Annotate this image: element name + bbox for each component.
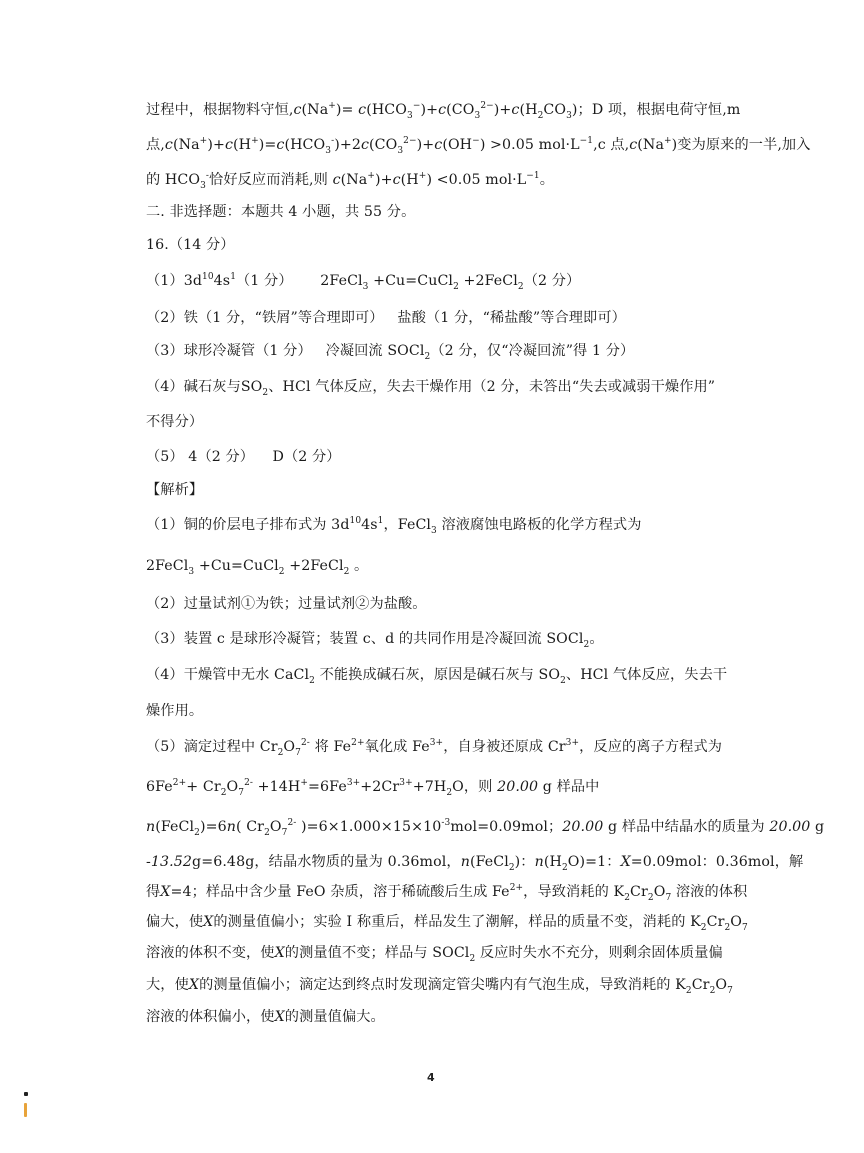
text-line: 2FeCl3 +Cu=CuCl2 +2FeCl2 。 [146, 556, 368, 576]
margin-dot-marker [24, 1092, 28, 1096]
text-line: 16.（14 分） [146, 235, 235, 255]
document-page: 过程中，根据物料守恒,c(Na+)= c(HCO3−)+c(CO32−)+c(H… [0, 0, 864, 1153]
text-line: （4）干燥管中无水 CaCl2 不能换成碱石灰，原因是碱石灰与 SO2、HCl … [146, 665, 727, 685]
text-line: （5）滴定过程中 Cr2O72- 将 Fe2+氧化成 Fe3+，自身被还原成 C… [146, 737, 722, 757]
text-line: n(FeCl2)=6n( Cr2O72- )=6×1.000×15×10-3mo… [146, 817, 824, 837]
text-line: -13.52g=6.48g，结晶水物质的量为 0.36mol，n(FeCl2)：… [146, 852, 803, 872]
text-line: 过程中，根据物料守恒,c(Na+)= c(HCO3−)+c(CO32−)+c(H… [146, 100, 740, 120]
text-line: 得X=4；样品中含少量 FeO 杂质，溶于稀硫酸后生成 Fe2+，导致消耗的 K… [146, 882, 747, 902]
text-line: 燥作用。 [146, 701, 203, 721]
text-line: 溶液的体积偏小，使X的测量值偏大。 [146, 1007, 385, 1027]
text-line: （5） 4（2 分） D（2 分） [146, 447, 341, 467]
text-line: （1）铜的价层电子排布式为 3d104s1，FeCl3 溶液腐蚀电路板的化学方程… [146, 515, 642, 535]
margin-orange-bar-marker [24, 1103, 27, 1117]
text-line: 大，使X的测量值偏小；滴定达到终点时发现滴定管尖嘴内有气泡生成，导致消耗的 K2… [146, 975, 733, 995]
text-line: 【解析】 [146, 480, 203, 500]
text-line: 点,c(Na+)+c(H+)=c(HCO3-)+2c(CO32−)+c(OH−)… [146, 135, 811, 155]
text-line: （2）过量试剂①为铁；过量试剂②为盐酸。 [146, 594, 427, 614]
text-line: 6Fe2++ Cr2O72- +14H+=6Fe3++2Cr3++7H2O，则 … [146, 777, 599, 797]
text-line: （3）装置 c 是球形冷凝管；装置 c、d 的共同作用是冷凝回流 SOCl2。 [146, 629, 604, 649]
text-line: （2）铁（1 分，“铁屑”等合理即可） 盐酸（1 分，“稀盐酸”等合理即可） [146, 308, 626, 328]
text-line: 的 HCO3-恰好反应而消耗,则 c(Na+)+c(H+) <0.05 mol·… [146, 170, 554, 190]
text-line: （3）球形冷凝管（1 分） 冷凝回流 SOCl2（2 分，仅“冷凝回流”得 1 … [146, 341, 634, 361]
text-line: 不得分） [146, 412, 203, 432]
text-line: （1）3d104s1（1 分） 2FeCl3 +Cu=CuCl2 +2FeCl2… [146, 271, 580, 291]
text-line: （4）碱石灰与SO2、HCl 气体反应，失去干燥作用（2 分，未答出“失去或减弱… [146, 377, 715, 397]
text-line: 二. 非选择题：本题共 4 小题，共 55 分。 [146, 202, 415, 222]
page-number: 4 [427, 1071, 435, 1084]
text-line: 偏大，使X的测量值偏小；实验 I 称重后，样品发生了潮解，样品的质量不变，消耗的… [146, 912, 748, 932]
text-line: 溶液的体积不变，使X的测量值不变；样品与 SOCl2 反应时失水不充分，则剩余固… [146, 943, 723, 963]
